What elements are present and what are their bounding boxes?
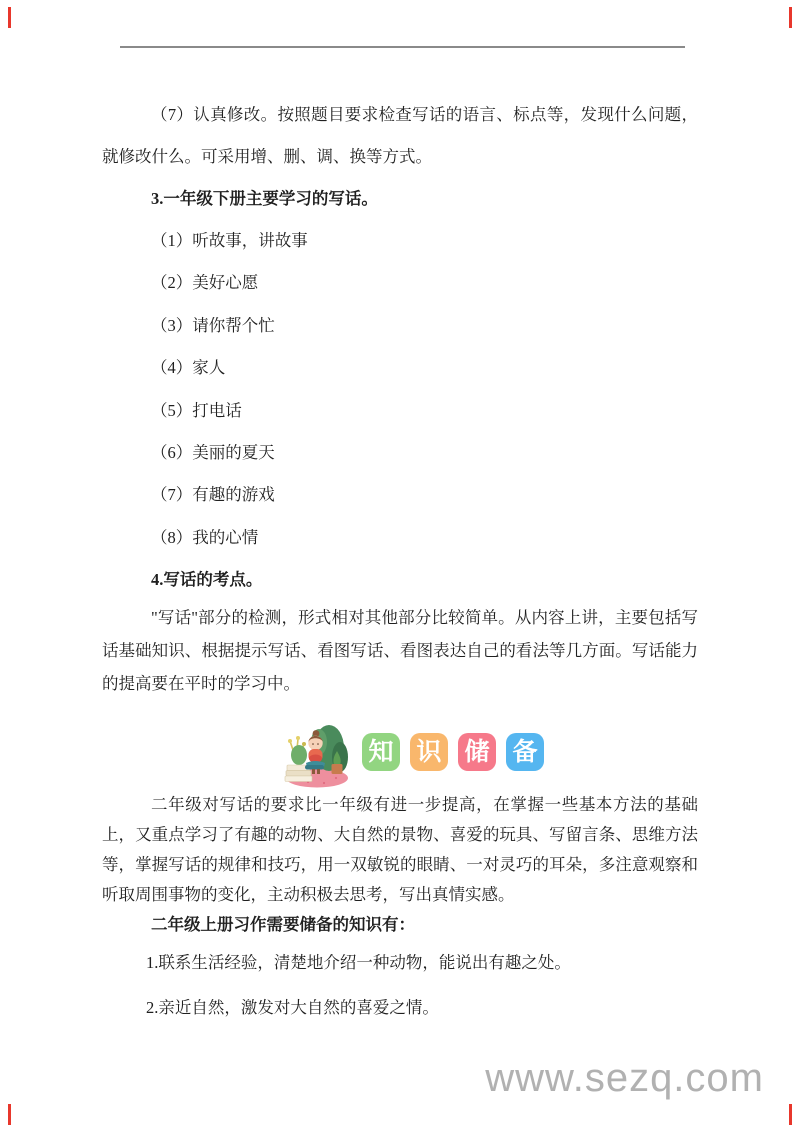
site-watermark: www.sezq.com <box>485 1056 764 1101</box>
list-item: （7）有趣的游戏 <box>102 474 698 516</box>
list-item: 1.联系生活经验，清楚地介绍一种动物，能说出有趣之处。 <box>102 940 698 985</box>
edge-mark-top-right <box>789 7 792 28</box>
paragraph-revision-tip: （7）认真修改。按照题目要求检查写话的语言、标点等，发现什么问题，就修改什么。可… <box>102 94 698 178</box>
list-item: （6）美丽的夏天 <box>102 432 698 474</box>
heading-grade2-knowledge: 二年级上册习作需要储备的知识有： <box>102 910 698 940</box>
edge-mark-bottom-right <box>789 1104 792 1125</box>
document-body: （7）认真修改。按照题目要求检查写话的语言、标点等，发现什么问题，就修改什么。可… <box>102 94 698 1030</box>
paragraph-grade2-requirements: 二年级对写话的要求比一年级有进一步提高，在掌握一些基本方法的基础上，又重点学习了… <box>102 790 698 910</box>
badge-tile-chu: 储 <box>458 733 496 771</box>
list-item: （3）请你帮个忙 <box>102 305 698 347</box>
list-item: （4）家人 <box>102 347 698 389</box>
paragraph-exam-points: "写话"部分的检测，形式相对其他部分比较简单。从内容上讲，主要包括写话基础知识、… <box>102 601 698 700</box>
list-item: （5）打电话 <box>102 390 698 432</box>
top-divider-line <box>120 46 685 48</box>
knowledge-reserve-banner: 知 识 储 备 <box>102 714 698 790</box>
list-item: （2）美好心愿 <box>102 262 698 304</box>
knowledge-reserve-title: 知 识 储 备 <box>362 733 544 771</box>
grade2-knowledge-list: 1.联系生活经验，清楚地介绍一种动物，能说出有趣之处。 2.亲近自然，激发对大自… <box>102 940 698 1030</box>
list-item: （8）我的心情 <box>102 517 698 559</box>
badge-tile-shi: 识 <box>410 733 448 771</box>
heading-exam-points: 4.写话的考点。 <box>102 559 698 601</box>
edge-mark-top-left <box>8 7 11 28</box>
document-page: { "page": { "watermark": "www.sezq.com",… <box>0 0 800 1132</box>
badge-tile-bei: 备 <box>506 733 544 771</box>
list-item: 2.亲近自然，激发对大自然的喜爱之情。 <box>102 985 698 1030</box>
grade1-topic-list: （1）听故事，讲故事 （2）美好心愿 （3）请你帮个忙 （4）家人 （5）打电话… <box>102 220 698 559</box>
reading-girl-illustration <box>284 715 350 789</box>
badge-tile-zhi: 知 <box>362 733 400 771</box>
edge-mark-bottom-left <box>8 1104 11 1125</box>
heading-grade1-topics: 3.一年级下册主要学习的写话。 <box>102 178 698 220</box>
list-item: （1）听故事，讲故事 <box>102 220 698 262</box>
